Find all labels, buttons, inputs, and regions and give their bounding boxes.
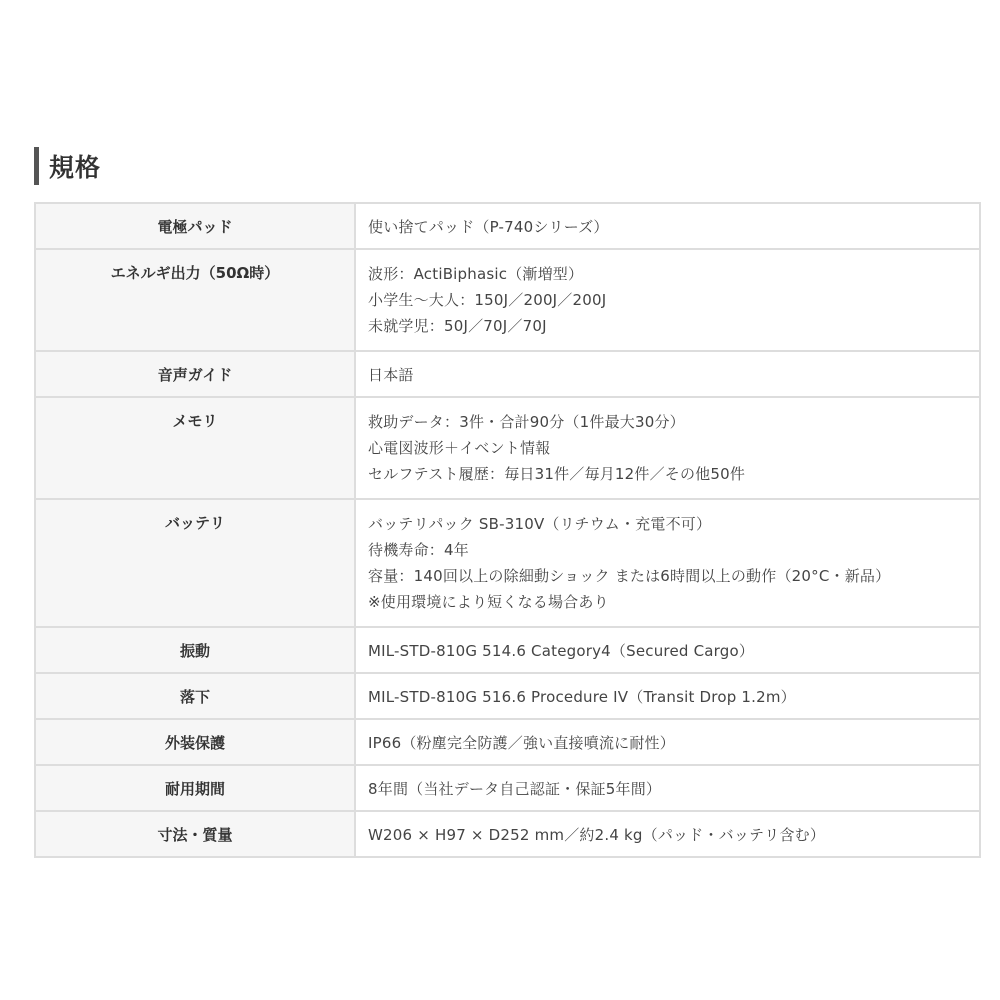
row-value: 使い捨てパッド（P-740シリーズ）: [355, 203, 980, 249]
value-line: 容量：140回以上の除細動ショック または6時間以上の動作（20°C・新品）: [368, 563, 965, 589]
value-line: 未就学児：50J／70J／70J: [368, 313, 965, 339]
row-label: バッテリ: [35, 499, 355, 627]
spec-table: 電極パッド 使い捨てパッド（P-740シリーズ） エネルギ出力（50Ω時） 波形…: [34, 202, 981, 858]
table-row: 外装保護 IP66（粉塵完全防護／強い直接噴流に耐性）: [35, 719, 980, 765]
table-row: 電極パッド 使い捨てパッド（P-740シリーズ）: [35, 203, 980, 249]
row-value: W206 × H97 × D252 mm／約2.4 kg（パッド・バッテリ含む）: [355, 811, 980, 857]
row-value: MIL-STD-810G 516.6 Procedure IV（Transit …: [355, 673, 980, 719]
section-title: 規格: [49, 148, 101, 184]
table-row: 振動 MIL-STD-810G 514.6 Category4（Secured …: [35, 627, 980, 673]
table-row: 耐用期間 8年間（当社データ自己認証・保証5年間）: [35, 765, 980, 811]
row-label: エネルギ出力（50Ω時）: [35, 249, 355, 351]
row-value: IP66（粉塵完全防護／強い直接噴流に耐性）: [355, 719, 980, 765]
row-label: 振動: [35, 627, 355, 673]
value-line: バッテリパック SB-310V（リチウム・充電不可）: [368, 511, 965, 537]
value-line: セルフテスト履歴：毎日31件／毎月12件／その他50件: [368, 461, 965, 487]
value-line: 待機寿命：4年: [368, 537, 965, 563]
table-row: 寸法・質量 W206 × H97 × D252 mm／約2.4 kg（パッド・バ…: [35, 811, 980, 857]
value-line: 波形：ActiBiphasic（漸増型）: [368, 261, 965, 287]
row-label: 耐用期間: [35, 765, 355, 811]
value-line: 8年間（当社データ自己認証・保証5年間）: [368, 776, 965, 802]
value-line: ※使用環境により短くなる場合あり: [368, 589, 965, 615]
value-line: IP66（粉塵完全防護／強い直接噴流に耐性）: [368, 730, 965, 756]
table-row: 音声ガイド 日本語: [35, 351, 980, 397]
table-row: メモリ 救助データ：3件・合計90分（1件最大30分） 心電図波形＋イベント情報…: [35, 397, 980, 499]
row-value: MIL-STD-810G 514.6 Category4（Secured Car…: [355, 627, 980, 673]
value-line: 日本語: [368, 362, 965, 388]
row-label: 外装保護: [35, 719, 355, 765]
row-label: 音声ガイド: [35, 351, 355, 397]
row-label: 落下: [35, 673, 355, 719]
row-label: 電極パッド: [35, 203, 355, 249]
table-row: 落下 MIL-STD-810G 516.6 Procedure IV（Trans…: [35, 673, 980, 719]
section-heading: 規格: [34, 146, 981, 186]
value-line: 使い捨てパッド（P-740シリーズ）: [368, 214, 965, 240]
value-line: 心電図波形＋イベント情報: [368, 435, 965, 461]
heading-accent-bar: [34, 147, 39, 185]
row-value: 日本語: [355, 351, 980, 397]
row-value: 8年間（当社データ自己認証・保証5年間）: [355, 765, 980, 811]
spec-section: 規格 電極パッド 使い捨てパッド（P-740シリーズ） エネルギ出力（50Ω時）…: [34, 146, 981, 858]
value-line: W206 × H97 × D252 mm／約2.4 kg（パッド・バッテリ含む）: [368, 822, 965, 848]
table-row: バッテリ バッテリパック SB-310V（リチウム・充電不可） 待機寿命：4年 …: [35, 499, 980, 627]
row-value: 波形：ActiBiphasic（漸増型） 小学生〜大人：150J／200J／20…: [355, 249, 980, 351]
table-row: エネルギ出力（50Ω時） 波形：ActiBiphasic（漸増型） 小学生〜大人…: [35, 249, 980, 351]
value-line: MIL-STD-810G 516.6 Procedure IV（Transit …: [368, 684, 965, 710]
row-label: 寸法・質量: [35, 811, 355, 857]
value-line: 小学生〜大人：150J／200J／200J: [368, 287, 965, 313]
value-line: MIL-STD-810G 514.6 Category4（Secured Car…: [368, 638, 965, 664]
row-value: バッテリパック SB-310V（リチウム・充電不可） 待機寿命：4年 容量：14…: [355, 499, 980, 627]
row-value: 救助データ：3件・合計90分（1件最大30分） 心電図波形＋イベント情報 セルフ…: [355, 397, 980, 499]
row-label: メモリ: [35, 397, 355, 499]
value-line: 救助データ：3件・合計90分（1件最大30分）: [368, 409, 965, 435]
